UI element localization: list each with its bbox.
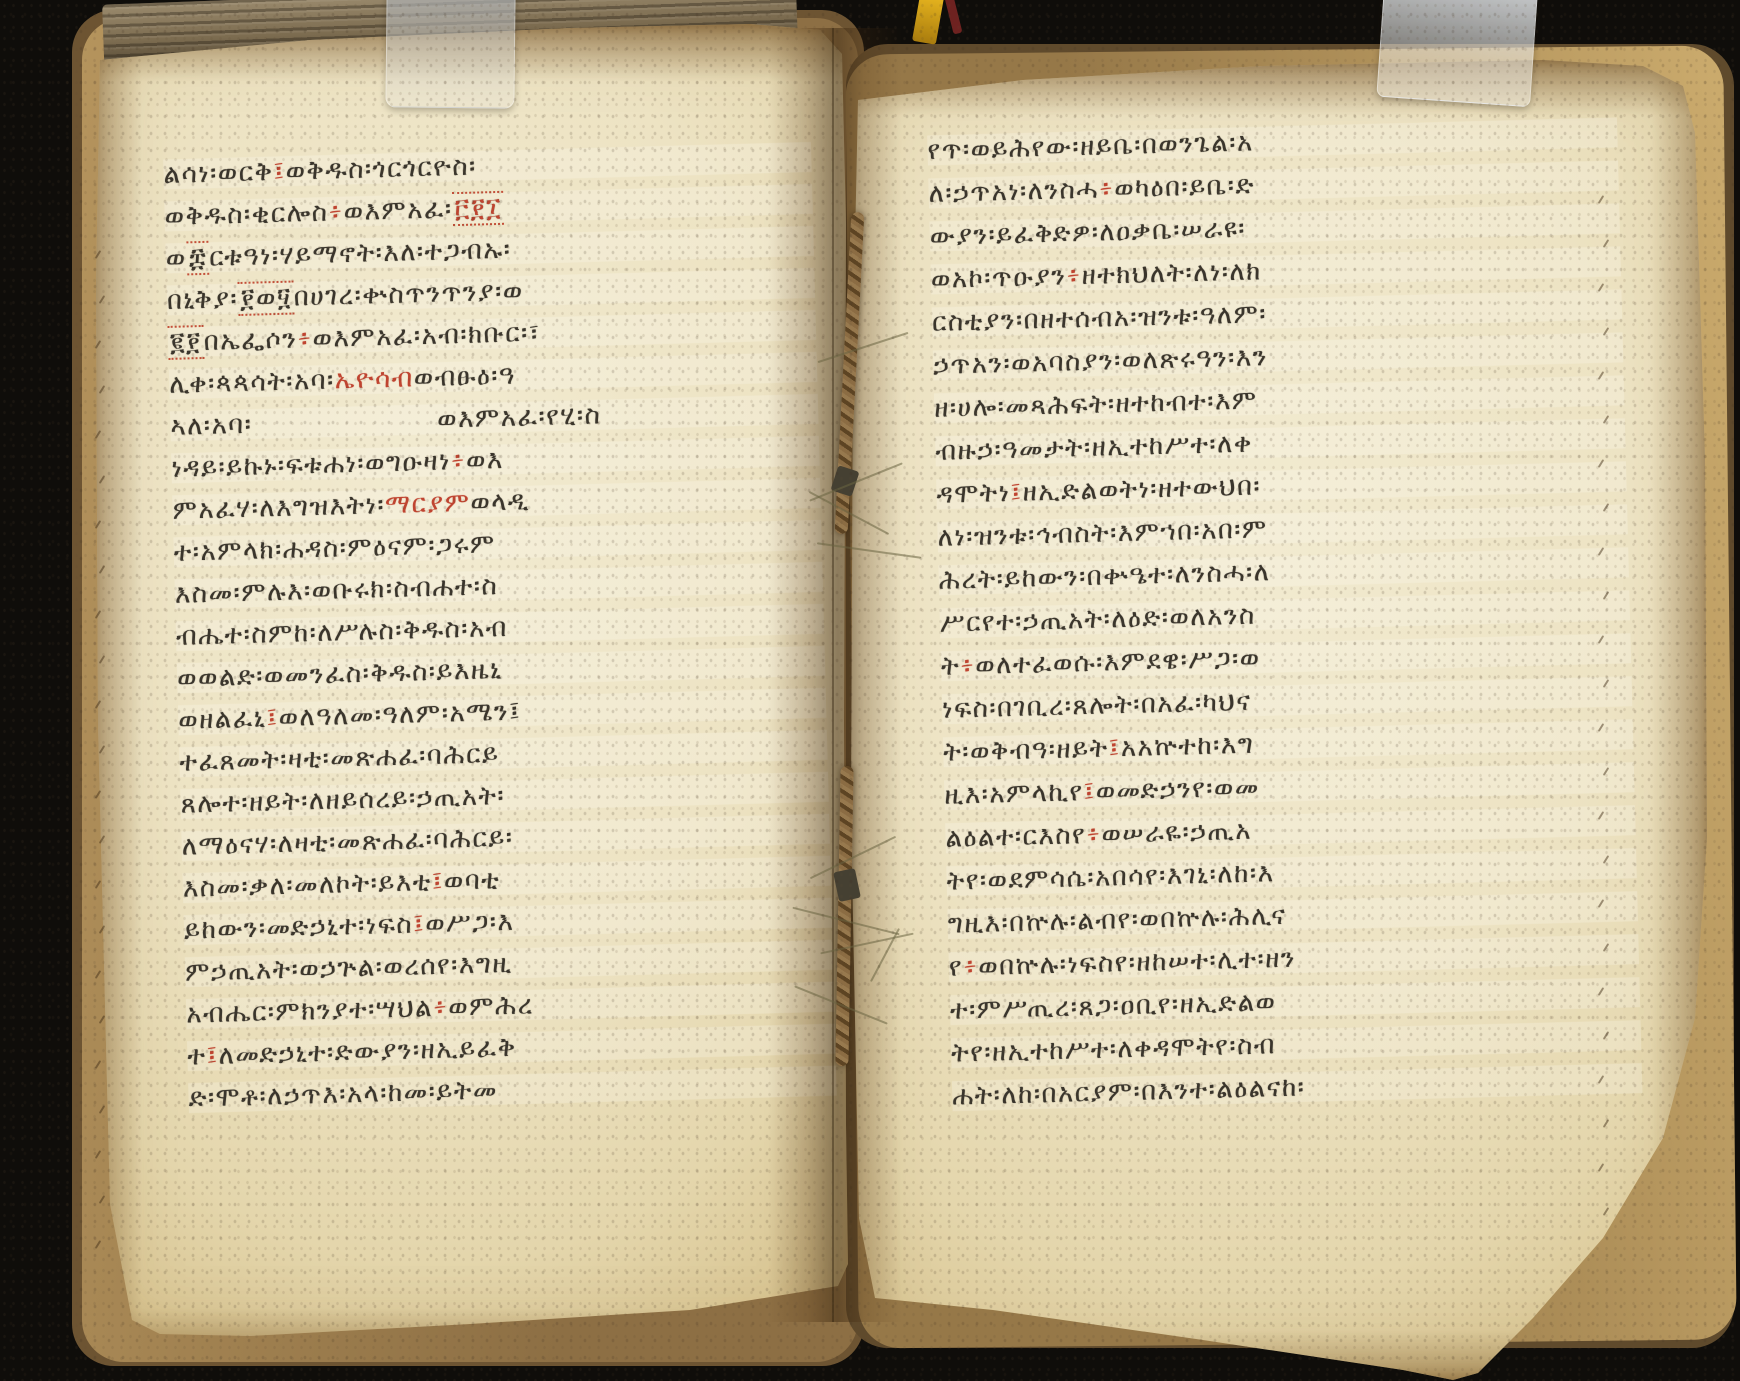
body-text: አብሔር፡ምክንያተ፡ሣህል xyxy=(186,993,434,1030)
body-text: የጥ፡ወይሕየው፡ዘይቤ፡በወንጌል፡አ xyxy=(927,127,1254,166)
left-page: ልሳነ፡ወርቅ፤ወቅዱስ፡ጎርጎርዮስ፡ወቅዱስ፡ቂርሎስ፥ወእምአፈ፡፫፻፲ወ… xyxy=(90,24,852,1354)
body-text: ኃጥአን፡ወአባስያን፡ወለጽሩዓን፡እን xyxy=(933,342,1268,381)
body-text: ተፈጸመት፡ዛቲ፡መጽሐፈ፡ባሕርይ xyxy=(179,739,500,778)
body-text: እስመ፡ምሉእ፡ወቡሩክ፡ስብሐተ፡ስ xyxy=(175,571,499,610)
rubric-text: ፥ xyxy=(450,446,466,476)
body-text: ዚእ፡አምላኪየ xyxy=(944,777,1084,811)
rubric-text: ፥ xyxy=(963,952,979,982)
body-text: ርቱዓነ፡ሃይማኖት፡እለ፡ተጋብኡ፡ xyxy=(209,235,512,273)
body-text: ምኃጢአት፡ወኃጕል፡ወረሰየ፡እግዚ xyxy=(185,949,513,988)
body-text: ለነ፡ዝንቱ፡ኅብስት፡እምኀበ፡አበ፡ም xyxy=(937,514,1268,553)
rubric-text: ፤ xyxy=(273,157,286,187)
body-text: ነፍስ፡በገቢረ፡ጸሎት፡በአፈ፡ካህና xyxy=(942,687,1252,725)
body-text: በሀገረ፡ቍስጥንጥንያ፡ወ xyxy=(293,276,524,312)
body-text: ወእምአፈ፡አብ፡ክቡር፡፣ xyxy=(312,318,541,354)
body-text: ወካዕበ፡ይቤ፡ድ xyxy=(1114,170,1255,204)
body-text: ኣለ፡አባ፡ xyxy=(170,410,253,442)
body-text: ወበኵሉ፡ነፍስየ፡ዘከሠተ፡ሊተ፡ዘን xyxy=(978,944,1296,982)
body-text: ይከውን፡መድኃኒተ፡ነፍስ xyxy=(184,910,414,946)
rubric-text: ኤዮሳብ xyxy=(334,363,414,395)
body-text: እስመ፡ቃለ፡መለኮት፡ይእቲ xyxy=(182,867,432,904)
body-text: ርስቲያን፡በዘተሰብአ፡ዝንቱ፡ዓለም፡ xyxy=(932,299,1268,338)
body-text: ትየ፡ወደምሳሴ፡አበሳየ፡እገኒ፡ለከ፡እ xyxy=(946,858,1275,897)
right-page: የጥ፡ወይሕየው፡ዘይቤ፡በወንጌል፡አለ፡ኃጥአነ፡ለንስሓ፥ወካዕበ፡ይቤ፡… xyxy=(843,58,1711,1380)
body-text: ብዙኃ፡ዓመታት፡ዘኢተከሥተ፡ለቀ xyxy=(935,429,1253,467)
rubric-text: ፤ xyxy=(1010,478,1023,508)
body-text: ሐት፡ለከ፡በአርያም፡በእንተ፡ልዕልናከ፡ xyxy=(952,1072,1306,1111)
body-text: ነዳይ፡ይኩኑ፡ፍቱሐነ፡ወግዑዛነ xyxy=(171,446,451,484)
body-text: ት፡ወቅብዓ፡ዘይት xyxy=(943,733,1109,767)
body-text: ተ፡ምሥጢረ፡ጸጋ፡ዐቢየ፡ዘኢድልወ xyxy=(950,987,1277,1026)
body-text: ውያን፡ይፈቅድዎ፡ለዐቃቤ፡ሠራዩ፡ xyxy=(929,214,1246,252)
body-text: ሥርየተ፡ኃጢአት፡ለዕድ፡ወለአንስ xyxy=(940,601,1256,639)
rubric-text: ማርያም xyxy=(385,488,471,520)
rubric-text: ፥ xyxy=(297,324,313,354)
numeral-text: ፪፻ xyxy=(168,325,205,360)
body-text: በኤፌሶን xyxy=(203,324,297,357)
body-text: ድ፡ሞቶ፡ለኃጥእ፡አላ፡ከመ፡ይትመ xyxy=(188,1075,498,1113)
body-text: ወቅዱስ፡ቂርሎስ xyxy=(164,198,329,232)
body-text: በኒቅያ፡ xyxy=(167,284,239,316)
body-text: ለማዕናሃ፡ለዛቲ፡መጽሐፈ፡ባሕርይ፡ xyxy=(181,823,514,862)
rubric-text: ፫፻፲ xyxy=(452,191,504,226)
body-text: ለ፡ኃጥአነ፡ለንስሓ xyxy=(928,175,1099,209)
body-text: ወአኮ፡ጥዑያን xyxy=(931,261,1067,295)
body-text: ምአፈሃ፡ለእግዝእትነ፡ xyxy=(172,490,385,526)
rubric-text: ፥ xyxy=(1066,261,1082,291)
plastic-tab-left xyxy=(385,0,515,109)
body-text: ወቅዱስ፡ጎርጎርዮስ፡ xyxy=(285,152,477,187)
body-text: ዘኢድልወትነ፡ዘተውህበ፡ xyxy=(1022,471,1261,507)
body-text: አአኵተከ፡እግ xyxy=(1120,730,1254,763)
body-text: ወእምአፈ፡የሂ፡ስ xyxy=(437,400,602,434)
left-page-text: ልሳነ፡ወርቅ፤ወቅዱስ፡ጎርጎርዮስ፡ወቅዱስ፡ቂርሎስ፥ወእምአፈ፡፫፻፲ወ… xyxy=(163,136,837,1119)
body-text: ዘተክህለት፡ለነ፡ለክ xyxy=(1081,256,1262,291)
numeral-text: ፰ xyxy=(186,241,209,276)
rubric-text: ፥ xyxy=(960,651,976,681)
body-text: ወሠራዬ፡ኃጢአ xyxy=(1101,816,1252,850)
body-text: ተ xyxy=(187,1041,207,1072)
body-text: ለመድኃኒተ፡ድውያን፡ዘኢይፈቅ xyxy=(218,1033,517,1071)
body-text: ትየ፡ዘኢተከሥተ፡ለቀዳሞትየ፡ስብ xyxy=(951,1030,1277,1068)
body-text: ተ፡አምላክ፡ሐዳስ፡ምዕናም፡ጋሩም xyxy=(173,529,496,568)
body-text: ብሔተ፡ስምከ፡ለሥሉስ፡ቅዱስ፡አብ xyxy=(176,613,509,652)
right-page-text: የጥ፡ወይሕየው፡ዘይቤ፡በወንጌል፡አለ፡ኃጥአነ፡ለንስሓ፥ወካዕበ፡ይቤ፡… xyxy=(927,112,1643,1119)
body-text: ወለተፈወሱ፡እምደዌ፡ሥጋ፡ወ xyxy=(975,643,1261,680)
body-text: ወላዲ xyxy=(470,486,530,518)
rubric-text: ፤ xyxy=(206,1041,219,1071)
rubric-text: ፤ xyxy=(431,867,444,897)
rubric-text: ፥ xyxy=(1086,820,1102,850)
body-text: ወእ xyxy=(466,445,505,476)
numeral-text: ፻ወ፶ xyxy=(238,281,295,316)
maroon-marker-thread xyxy=(945,0,963,35)
body-text: ሊቀ፡ጳጳሳት፡አባ፡ xyxy=(169,365,335,399)
body-text: ወባቲ xyxy=(443,865,500,897)
yellow-marker-thread xyxy=(912,0,944,45)
body-text: ወሥጋ፡እ xyxy=(425,907,515,939)
body-text: ዳሞትነ xyxy=(936,478,1011,510)
plastic-tab-right xyxy=(1376,0,1537,107)
body-text: የ xyxy=(949,952,964,982)
body-text: ወመድኃንየ፡ወመ xyxy=(1095,773,1260,807)
body-text: ት xyxy=(941,651,961,681)
body-text: ወእምአፈ፡ xyxy=(343,194,453,227)
erased-gap xyxy=(252,428,437,433)
rubric-text: ፥ xyxy=(1099,174,1115,204)
body-text: ወ xyxy=(165,243,187,274)
body-text: ልዕልተ፡ርእስየ xyxy=(945,820,1087,854)
manuscript-photo: ልሳነ፡ወርቅ፤ወቅዱስ፡ጎርጎርዮስ፡ወቅዱስ፡ቂርሎስ፥ወእምአፈ፡፫፻፲ወ… xyxy=(0,0,1740,1381)
body-text: ዘ፡ሀሎ፡መጻሕፍት፡ዘተከብተ፡እም xyxy=(934,385,1258,423)
body-text: ሕረት፡ይከውን፡በቍዔተ፡ለንስሓ፡ለ xyxy=(938,557,1270,596)
body-text: ወብፁዕ፡ዓ xyxy=(413,361,516,394)
rubric-text: ፥ xyxy=(328,197,344,227)
rubric-text: ፥ xyxy=(433,993,449,1023)
body-text: ወምሕረ xyxy=(448,990,534,1022)
body-text: ወወልድ፡ወመንፈስ፡ቅዱስ፡ይእዜኒ xyxy=(177,655,503,694)
body-text: ወዘልፈኒ xyxy=(178,703,267,735)
body-text: ጸሎተ፡ዘይት፡ለዘይሰረይ፡ኃጢአት፡ xyxy=(180,781,505,820)
body-text: ወለዓለመ፡ዓለም፡አሜን፤ xyxy=(278,697,521,734)
body-text: ልሳነ፡ወርቅ xyxy=(163,157,274,190)
body-text: ግዚእ፡በኵሉ፡ልብየ፡ወበኵሉ፡ሕሊና xyxy=(947,901,1286,940)
